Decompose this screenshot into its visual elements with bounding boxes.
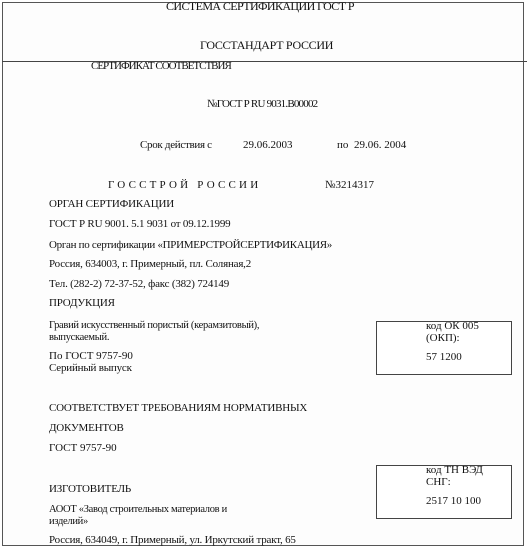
manufacturer-address: Россия, 634049, г. Примерный, ул. Иркутс… [49,534,296,547]
manufacturer-heading: ИЗГОТОВИТЕЛЬ [49,483,131,496]
tnved-code-value: 2517 10 100 [426,495,481,508]
agency-title: ГОССТАНДАРТ РОССИИ [200,39,333,52]
certification-body-name: Орган по сертификации «ПРИМЕРСТРОЙСЕРТИФ… [49,239,332,252]
certificate-number: №ГОСТ Р RU 9031.В00002 [207,98,317,111]
ministry-name: ГОССТРОЙ РОССИИ [108,179,261,192]
tnved-label-line2: СНГ: [426,476,451,489]
valid-to-date: 29.06. 2004 [354,139,406,152]
certification-body-heading: ОРГАН СЕРТИФИКАЦИИ [49,198,174,211]
product-release-type: Серийный выпуск [49,362,132,375]
compliance-line1: СООТВЕТСТВУЕТ ТРЕБОВАНИЯМ НОРМАТИВНЫХ [49,402,307,415]
valid-to-label: по [337,139,348,152]
certification-body-address: Россия, 634003, г. Примерный, пл. Соляна… [49,258,251,271]
compliance-standard: ГОСТ 9757-90 [49,442,117,455]
product-heading: ПРОДУКЦИЯ [49,297,115,310]
header-divider [2,61,527,62]
okp-label-line2: (ОКП): [426,332,460,345]
manufacturer-name-line2: изделий» [49,515,88,528]
tnved-code-box: код ТН ВЭД СНГ: 2517 10 100 [376,465,512,519]
certification-body-registration: ГОСТ Р RU 9001. 5.1 9031 от 09.12.1999 [49,218,230,231]
product-description-line2: выпускаемый. [49,331,109,344]
ministry-number: №3214317 [325,179,374,192]
valid-from-date: 29.06.2003 [243,139,293,152]
validity-label: Срок действия с [140,139,212,152]
certification-system-title: СИСТЕМА СЕРТИФИКАЦИИ ГОСТ Р [166,0,354,13]
compliance-line2: ДОКУМЕНТОВ [49,422,124,435]
okp-code-box: код ОК 005 (ОКП): 57 1200 [376,321,512,375]
certificate-title: СЕРТИФИКАТ СООТВЕТСТВИЯ [91,60,231,73]
okp-code-value: 57 1200 [426,351,462,364]
certification-body-contacts: Тел. (282-2) 72-37-52, факс (382) 724149 [49,278,229,291]
